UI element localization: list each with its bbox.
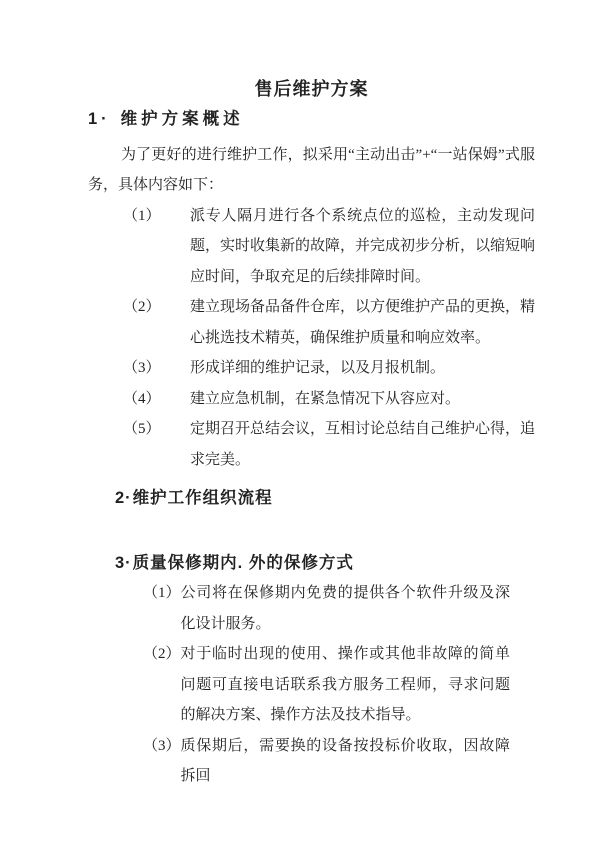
list-item: （3） 质保期后，需要换的设备按投标价收取，因故障拆回 [143,731,510,792]
list-item: （5） 定期召开总结会议，互相讨论总结自己维护心得，追求完美。 [123,414,535,475]
list-item: （2） 建立现场备品备件仓库，以方便维护产品的更换，精心挑选技术精英，确保维护质… [123,292,535,353]
section-1-number: 1· [88,110,111,128]
list-item-text: 对于临时出现的使用、操作或其他非故障的简单问题可直接电话联系我方服务工程师，寻求… [181,639,510,731]
list-item-text: 建立应急机制，在紧急情况下从容应对。 [190,384,535,415]
list-item: （2） 对于临时出现的使用、操作或其他非故障的简单问题可直接电话联系我方服务工程… [143,639,510,731]
section-1-heading: 1·维护方案概述 [88,104,535,135]
list-item: （3） 形成详细的维护记录，以及月报机制。 [123,353,535,384]
list-item-number: （1） [143,578,181,639]
list-item-number: （2） [143,639,181,731]
list-item-text: 建立现场备品备件仓库，以方便维护产品的更换，精心挑选技术精英，确保维护质量和响应… [190,292,535,353]
section-1-heading-text: 维护方案概述 [121,110,244,128]
list-item: （4） 建立应急机制，在紧急情况下从容应对。 [123,384,535,415]
section-3-heading: 3·质量保修期内. 外的保修方式 [115,548,535,579]
list-item: （1） 公司将在保修期内免费的提供各个软件升级及深化设计服务。 [143,578,510,639]
list-item-text: 公司将在保修期内免费的提供各个软件升级及深化设计服务。 [181,578,510,639]
section-3-heading-text: 质量保修期内. 外的保修方式 [133,554,354,572]
list-item-text: 质保期后，需要换的设备按投标价收取，因故障拆回 [181,731,510,792]
list-item-number: （3） [123,353,190,384]
section-1-intro-paragraph: 为了更好的进行维护工作，拟采用“主动出击”+“一站保姆”式服务，具体内容如下： [88,140,535,201]
section-1-list: （1） 派专人隔月进行各个系统点位的巡检，主动发现问题，实时收集新的故障，并完成… [123,201,535,476]
section-2-heading-text: 维护工作组织流程 [133,489,273,507]
section-3-number: 3· [115,554,132,572]
list-item-number: （3） [143,731,181,792]
list-item-text: 定期召开总结会议，互相讨论总结自己维护心得，追求完美。 [190,414,535,475]
section-2-number: 2· [115,489,132,507]
document-title: 售后维护方案 [88,74,535,104]
list-item-text: 形成详细的维护记录，以及月报机制。 [190,353,535,384]
list-item-number: （4） [123,384,190,415]
section-2-heading: 2·维护工作组织流程 [115,483,535,514]
list-item-number: （1） [123,201,190,293]
list-item-number: （5） [123,414,190,475]
document-page: 售后维护方案 1·维护方案概述 为了更好的进行维护工作，拟采用“主动出击”+“一… [0,0,600,850]
section-3-list: （1） 公司将在保修期内免费的提供各个软件升级及深化设计服务。 （2） 对于临时… [143,578,535,792]
list-item: （1） 派专人隔月进行各个系统点位的巡检，主动发现问题，实时收集新的故障，并完成… [123,201,535,293]
list-item-number: （2） [123,292,190,353]
list-item-text: 派专人隔月进行各个系统点位的巡检，主动发现问题，实时收集新的故障，并完成初步分析… [190,201,535,293]
